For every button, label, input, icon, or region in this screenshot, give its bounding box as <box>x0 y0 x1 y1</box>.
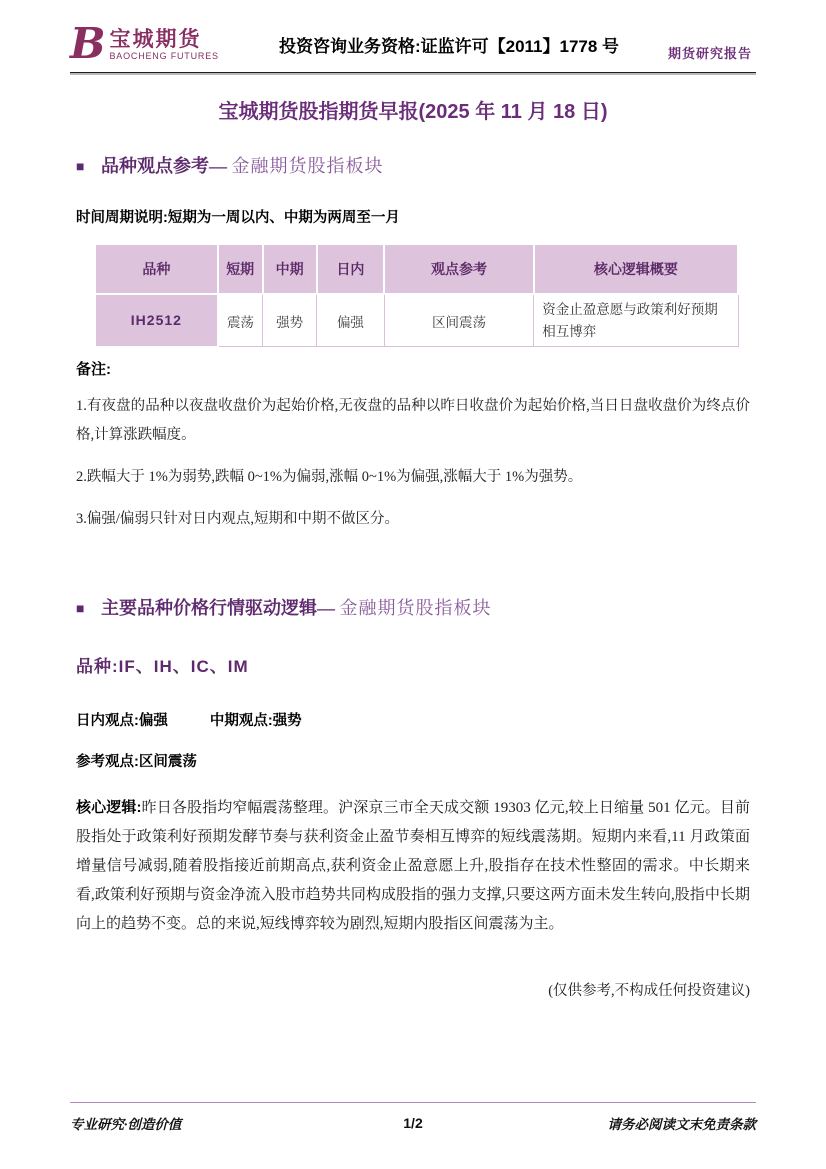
col-header-short-term: 短期 <box>218 244 263 294</box>
medium-view-value: 强势 <box>273 713 302 729</box>
baocheng-logo: B 宝城期货 BAOCHENG FUTURES <box>70 24 250 64</box>
col-header-view: 观点参考 <box>384 244 533 294</box>
intraday-view-value: 偏强 <box>139 713 168 729</box>
core-logic-label: 核心逻辑: <box>76 799 141 816</box>
core-logic-paragraph: 核心逻辑:昨日各股指均窄幅震荡整理。沪深京三市全天成交额 19303 亿元,较上… <box>76 793 750 939</box>
note-item-2: 2.跌幅大于 1%为弱势,跌幅 0~1%为偏弱,涨幅 0~1%为偏强,涨幅大于 … <box>76 463 750 492</box>
core-logic-text: 昨日各股指均窄幅震荡整理。沪深京三市全天成交额 19303 亿元,较上日缩量 5… <box>76 800 750 932</box>
page-header: B 宝城期货 BAOCHENG FUTURES 投资咨询业务资格:证监许可【20… <box>0 0 826 64</box>
period-definition-note: 时间周期说明:短期为一周以内、中期为两周至一月 <box>76 206 750 227</box>
note-item-3: 3.偏强/偏弱只针对日内观点,短期和中期不做区分。 <box>76 505 750 534</box>
section-drivers-heading: ■ 主要品种价格行情驱动逻辑— 金融期货股指板块 <box>76 596 750 622</box>
footer-disclaimer-note: 请务必阅读文末免责条款 <box>516 1113 756 1133</box>
table-header-row: 品种 短期 中期 日内 观点参考 核心逻辑概要 <box>95 244 738 294</box>
variety-value: IF、IH、IC、IM <box>119 657 249 676</box>
notes-label: 备注: <box>76 358 750 379</box>
report-type-label: 期货研究报告 <box>642 43 752 64</box>
cell-medium-term: 强势 <box>263 294 317 347</box>
intraday-medium-line: 日内观点:偏强中期观点:强势 <box>76 709 750 730</box>
intraday-view-label: 日内观点: <box>76 713 139 729</box>
report-content: 宝城期货股指期货早报(2025 年 11 月 18 日) ■ 品种观点参考— 金… <box>0 75 826 1000</box>
medium-view-label: 中期观点: <box>210 713 273 729</box>
section2-heading-strong: 主要品种价格行情驱动逻辑— <box>101 598 335 618</box>
cell-intraday: 偏强 <box>317 294 385 347</box>
section1-heading-light: 金融期货股指板块 <box>231 156 383 176</box>
reference-view-label: 参考观点: <box>76 754 139 770</box>
col-header-logic: 核心逻辑概要 <box>534 244 738 294</box>
logo-name-en: BAOCHENG FUTURES <box>110 51 219 61</box>
page-title: 宝城期货股指期货早报(2025 年 11 月 18 日) <box>76 95 750 124</box>
logo-text: 宝城期货 BAOCHENG FUTURES <box>110 27 219 61</box>
reference-view-line: 参考观点:区间震荡 <box>76 750 750 771</box>
square-bullet-icon: ■ <box>76 602 84 617</box>
col-header-medium-term: 中期 <box>263 244 317 294</box>
square-bullet-icon: ■ <box>76 160 84 175</box>
logo-name-cn: 宝城期货 <box>110 27 219 51</box>
section-variety-views-heading: ■ 品种观点参考— 金融期货股指板块 <box>76 154 750 180</box>
page-number: 1/2 <box>310 1115 516 1131</box>
report-page: B 宝城期货 BAOCHENG FUTURES 投资咨询业务资格:证监许可【20… <box>0 0 826 1169</box>
cell-short-term: 震荡 <box>218 294 263 347</box>
variety-line: 品种:IF、IH、IC、IM <box>76 652 750 677</box>
note-item-1: 1.有夜盘的品种以夜盘收盘价为起始价格,无夜盘的品种以昨日收盘价为起始价格,当日… <box>76 392 750 450</box>
variety-views-table: 品种 短期 中期 日内 观点参考 核心逻辑概要 IH2512 震荡 强势 偏强 … <box>94 243 739 348</box>
qualification-text: 投资咨询业务资格:证监许可【2011】1778 号 <box>250 32 642 57</box>
variety-label: 品种: <box>76 657 119 676</box>
table-row: IH2512 震荡 强势 偏强 区间震荡 资金止盈意愿与政策利好预期相互博弈 <box>95 294 738 347</box>
logo-b-icon: B <box>70 24 106 64</box>
reference-view-value: 区间震荡 <box>139 754 197 770</box>
col-header-variety: 品种 <box>95 244 218 294</box>
section1-heading-strong: 品种观点参考— <box>101 156 227 176</box>
section2-heading-light: 金融期货股指板块 <box>339 598 491 618</box>
cell-logic: 资金止盈意愿与政策利好预期相互博弈 <box>534 294 738 347</box>
footer-slogan: 专业研究·创造价值 <box>70 1113 310 1133</box>
footer-divider <box>70 1102 756 1103</box>
cell-variety: IH2512 <box>95 294 218 347</box>
col-header-intraday: 日内 <box>317 244 385 294</box>
disclaimer-text: (仅供参考,不构成任何投资建议) <box>76 979 750 1000</box>
page-footer: 专业研究·创造价值 1/2 请务必阅读文末免责条款 <box>0 1102 826 1169</box>
cell-view: 区间震荡 <box>384 294 533 347</box>
